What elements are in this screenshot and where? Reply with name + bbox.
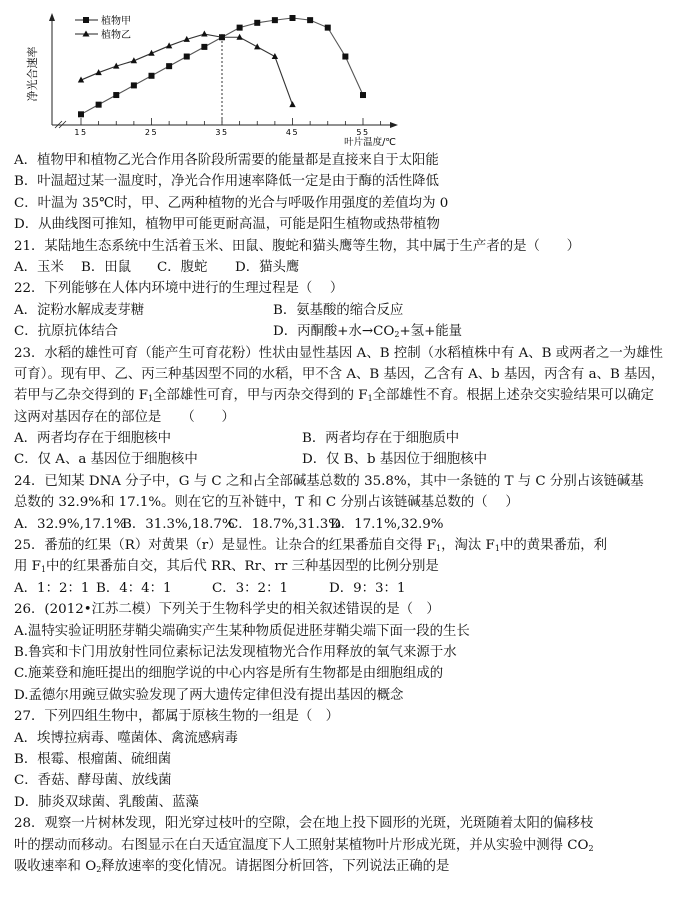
q23-stem-line2: 可育）。现有甲、乙、丙三种基因型不同的水稻，甲不含 A、B 基因，乙含有 A、b… [14, 364, 684, 385]
y-axis-label: 净光合速率 [25, 47, 39, 102]
q26-option-c: C.施莱登和施旺提出的细胞学说的中心内容是所有生物都是由细胞组成的 [14, 663, 684, 684]
q27-stem: 27．下列四组生物中，都属于原核生物的一组是（ ） [14, 706, 684, 727]
q26-option-a: A.温特实验证明胚芽鞘尖端确实产生某种物质促进胚芽鞘尖端下面一段的生长 [14, 621, 684, 642]
q21-option-c: C．腹蛇 [157, 257, 235, 278]
q27-option-b: B．根霉、根瘤菌、硫细菌 [14, 749, 684, 770]
q22-option-a: A．淀粉水解成麦芽糖 [14, 300, 273, 321]
q25-options: A．1：2：1 B．4：4：1 C．3：2：1 D．9：3：1 [14, 578, 684, 599]
x-axis-label: 叶片温度/℃ [344, 136, 396, 148]
q23-options-ab: A．两者均存在于细胞核中 B．两者均存在于细胞质中 [14, 428, 684, 449]
legend-item-jia: 植物甲 [101, 14, 131, 27]
q25-option-a: A．1：2：1 [14, 578, 96, 599]
q23-options-cd: C．仅 A、a 基因位于细胞核中 D．仅 B、b 基因位于细胞核中 [14, 449, 684, 470]
q22-options-ab: A．淀粉水解成麦芽糖 B．氨基酸的缩合反应 [14, 300, 684, 321]
q21-stem: 21．某陆地生态系统中生活着玉米、田鼠、腹蛇和猫头鹰等生物，其中属于生产者的是（… [14, 236, 684, 257]
q26-option-d: D.孟德尔用豌豆做实验发现了两大遗传定律但没有提出基因的概念 [14, 685, 684, 706]
svg-text:45: 45 [286, 128, 299, 137]
q28-stem-line1: 28．观察一片树林发现，阳光穿过枝叶的空隙，会在地上投下圆形的光斑，光斑随着太阳… [14, 813, 684, 834]
q24-stem-line2: 总数的 32.9%和 17.1%。则在它的互补链中，T 和 C 分别占该链碱基总… [14, 492, 684, 513]
q23-stem-line3: 若甲与乙杂交得到的 F1全部雄性可育，甲与丙杂交得到的 F1全部雄性不育。根据上… [14, 385, 684, 406]
q23-stem-line1: 23．水稻的雄性可育（能产生可育花粉）性状由显性基因 A、B 控制（水稻植株中有… [14, 343, 684, 364]
q20-option-c: C．叶温为 35℃时，甲、乙两种植物的光合与呼吸作用强度的差值均为 0 [14, 193, 684, 214]
q25-option-d: D．9：3：1 [329, 578, 405, 599]
q28-stem-line3: 吸收速率和 O2释放速率的变化情况。请据图分析回答，下列说法正确的是 [14, 856, 684, 877]
q26-option-b: B.鲁宾和卡门用放射性同位素标记法发现植物光合作用释放的氧气来源于水 [14, 642, 684, 663]
q22-options-cd: C．抗原抗体结合 D．丙酮酸+水→CO2+氢+能量 [14, 321, 684, 342]
q23-stem-line4: 这两对基因存在的部位是 （ ） [14, 407, 684, 428]
exam-questions: A．植物甲和植物乙光合作用各阶段所需要的能量都是直接来自于太阳能 B．叶温超过某… [14, 150, 684, 877]
q23-option-a: A．两者均存在于细胞核中 [14, 428, 302, 449]
legend-item-yi: 植物乙 [101, 28, 131, 41]
q25-stem-line1: 25．番茄的红果（R）对黄果（r）是显性。让杂合的红果番茄自交得 F1，淘汰 F… [14, 535, 684, 556]
q21-option-a: A．玉米 [14, 257, 81, 278]
q23-option-d: D．仅 B、b 基因位于细胞核中 [302, 449, 487, 470]
q25-option-b: B．4：4：1 [96, 578, 212, 599]
svg-text:25: 25 [145, 128, 158, 137]
svg-text:55: 55 [356, 128, 369, 137]
q27-option-a: A．埃博拉病毒、噬菌体、禽流感病毒 [14, 728, 684, 749]
q24-option-a: A．32.9%,17.1% [14, 514, 122, 535]
q24-option-b: B．31.3%,18.7% [122, 514, 228, 535]
x-tick-labels: 1525354555 [74, 128, 369, 137]
legend: 植物甲 植物乙 [75, 14, 131, 41]
q20-option-a: A．植物甲和植物乙光合作用各阶段所需要的能量都是直接来自于太阳能 [14, 150, 684, 171]
q24-option-d: D．17.1%,32.9% [330, 514, 443, 535]
q26-stem: 26．(2012•江苏二模）下列关于生物科学史的相关叙述错误的是（ ） [14, 599, 684, 620]
q24-option-c: C．18.7%,31.3% [228, 514, 330, 535]
svg-text:35: 35 [215, 128, 228, 137]
q24-options: A．32.9%,17.1% B．31.3%,18.7% C．18.7%,31.3… [14, 514, 684, 535]
svg-text:15: 15 [74, 128, 87, 137]
square-marker-icon [83, 17, 89, 23]
q21-option-d: D．猫头鹰 [235, 257, 299, 278]
q22-option-d: D．丙酮酸+水→CO2+氢+能量 [273, 321, 462, 342]
q20-option-d: D．从曲线图可推知，植物甲可能更耐高温，可能是阳生植物或热带植物 [14, 214, 684, 235]
q22-stem: 22．下列能够在人体内环境中进行的生理过程是（ ） [14, 278, 684, 299]
q28-stem-line2: 叶的摆动而移动。右图显示在白天适宜温度下人工照射某植物叶片形成光斑，并从实验中测… [14, 835, 684, 856]
q25-option-c: C．3：2：1 [212, 578, 329, 599]
q27-option-d: D．肺炎双球菌、乳酸菌、蓝藻 [14, 792, 684, 813]
q27-option-c: C．香菇、酵母菌、放线菌 [14, 770, 684, 791]
q23-option-c: C．仅 A、a 基因位于细胞核中 [14, 449, 302, 470]
q22-option-b: B．氨基酸的缩合反应 [273, 300, 403, 321]
q21-options: A．玉米 B．田鼠 C．腹蛇 D．猫头鹰 [14, 257, 684, 278]
q21-option-b: B．田鼠 [81, 257, 157, 278]
q25-stem-line2: 用 F1中的红果番茄自交，其后代 RR、Rr、rr 三种基因型的比例分别是 [14, 556, 684, 577]
q22-option-c: C．抗原抗体结合 [14, 321, 273, 342]
q24-stem-line1: 24．已知某 DNA 分子中，G 与 C 之和占全部碱基总数的 35.8%，其中… [14, 471, 684, 492]
net-photosynthesis-chart: 1525354555 叶片温度/℃ 净光合速率 植物甲 植物乙 [0, 0, 400, 150]
q20-option-b: B．叶温超过某一温度时，净光合作用速率降低一定是由于酶的活性降低 [14, 171, 684, 192]
q23-option-b: B．两者均存在于细胞质中 [302, 428, 459, 449]
